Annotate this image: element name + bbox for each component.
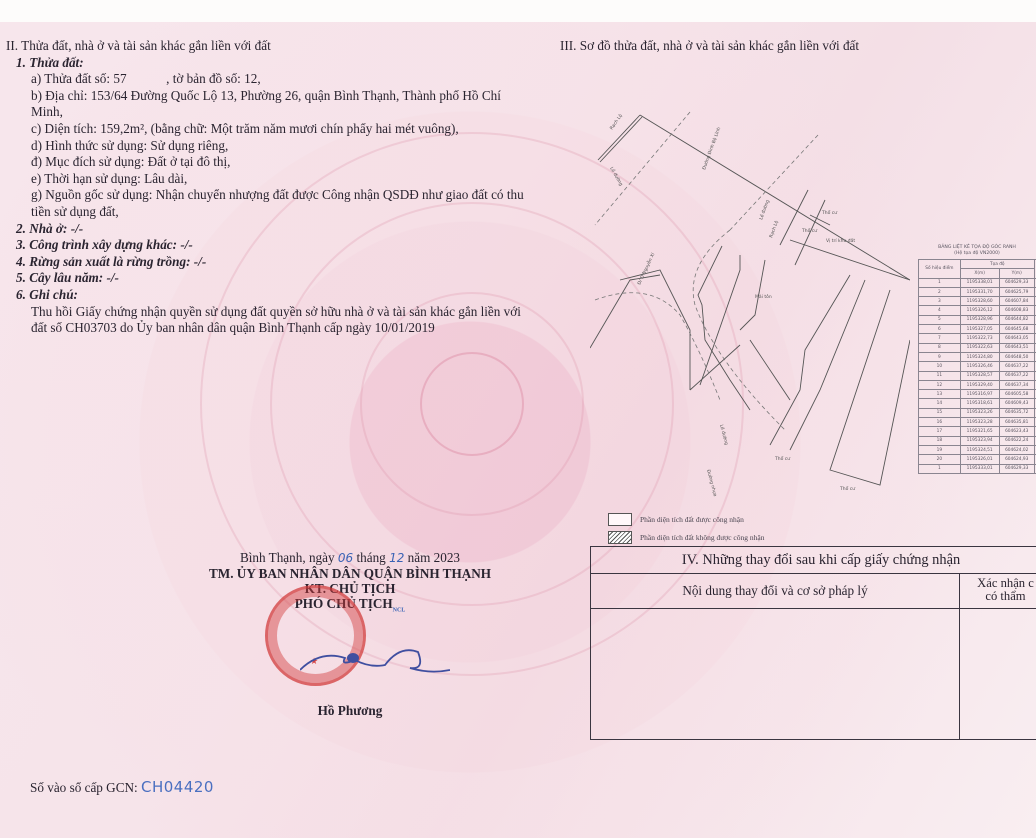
legend-recognized: Phần diện tích đất được công nhận [608,510,764,528]
coord-table-row: 11195333,01604629,338. [919,464,1036,473]
map-label: Đ/ Đ Nguyễn Xí [635,251,656,286]
land-address: b) Địa chỉ: 153/64 Đường Quốc Lộ 13, Phư… [6,88,566,105]
house-item: 2. Nhà ở: -/- [6,221,566,238]
legend-not-recognized: Phần diện tích đất không được công nhận [608,528,764,546]
signer-name: Hồ Phương [300,703,400,719]
coord-table-row: 81195322,63604643,513. [919,343,1036,352]
coord-table-row: 161195323,28604635,813. [919,418,1036,427]
map-label: Lề đường [718,423,731,445]
changes-col-content: Nội dung thay đổi và cơ sở pháp lý [591,574,960,608]
section-2-title: II. Thửa đất, nhà ở và tài sản khác gắn … [6,38,566,55]
coord-table-row: 41195326,12604608,833. [919,306,1036,315]
land-use-form: d) Hình thức sử dụng: Sử dụng riêng, [6,138,566,155]
watermark-emblem-ring [420,352,524,456]
map-label: Rạch Lộ [608,112,624,131]
land-origin-cont: tiền sử dụng đất, [6,204,566,221]
issue-date: Bình Thạnh, ngày 06 tháng 12 năm 2023 [200,550,500,566]
coord-table-row: 101195326,46604637,223. [919,362,1036,371]
changes-col-confirmation: Xác nhận c có thẩm [960,574,1036,608]
coord-table-row: 201195326,01604624,934. [919,455,1036,464]
land-heading: 1. Thửa đất: [6,55,566,72]
handwritten-signature [300,640,450,680]
land-address-cont: Minh, [6,104,566,121]
forest-item: 4. Rừng sản xuất là rừng trồng: -/- [6,254,566,271]
land-origin: g) Nguồn gốc sử dụng: Nhận chuyển nhượng… [6,187,566,204]
scan-top-margin [0,0,1036,22]
perennial-item: 5. Cây lâu năm: -/- [6,270,566,287]
registry-number-value: CH04420 [141,778,214,796]
changes-table: IV. Những thay đổi sau khi cấp giấy chứn… [590,546,1036,740]
signer-role-1: KT. CHỦ TỊCH [200,581,500,596]
coord-table-row: 151195323,26604635,723. [919,408,1036,417]
coord-col-y: Y(m) [999,269,1034,278]
coord-table-row: 121195329,40604637,343. [919,380,1036,389]
coord-table-row: 191195324,51604624,021. [919,445,1036,454]
parcel-map-diagram: Rạch Lộ Lề đường Đường Đinh Bộ Lĩnh Lề đ… [590,90,910,510]
map-label: Mái tôn [755,293,772,300]
map-label: Thổ cư [801,227,818,234]
map-label: Lề đường [756,198,771,220]
notes-heading: 6. Ghi chú: [6,287,566,304]
legend-box-recognized [608,513,632,526]
coord-table-row: 21195331,70604625,798. [919,287,1036,296]
map-label: Thổ cư [774,455,791,462]
coord-table-row: 11195338,01604629,331. [919,278,1036,287]
coord-table-row: 31195328,60604607,842. [919,297,1036,306]
notes-line-2: đất số CH03703 do Ủy ban nhân dân quận B… [6,320,566,337]
map-label: Vị trí khu đất [826,237,855,244]
coord-table-row: 181195323,94604622,241. [919,436,1036,445]
map-label: Rạch Lộ [767,219,780,238]
coord-table-row: 111195328,57604637,222. [919,371,1036,380]
coord-table-row: 91195324,80604648,503. [919,352,1036,361]
issuing-organization: TM. ỦY BAN NHÂN DÂN QUẬN BÌNH THẠNH [200,566,500,581]
coord-table-caption: BẢNG LIỆT KÊ TỌA ĐỘ GÓC RANH (Hệ tọa độ … [918,245,1036,257]
land-use-term: e) Thời hạn sử dụng: Lâu dài, [6,171,566,188]
coord-table-row: 171195321,65604623,431. [919,427,1036,436]
other-construction-item: 3. Công trình xây dựng khác: -/- [6,237,566,254]
section-3-title: III. Sơ đồ thửa đất, nhà ở và tài sản kh… [560,38,859,54]
coord-col-point: Số hiệu điểm [919,260,961,279]
map-legend: Phần diện tích đất được công nhận Phần d… [608,510,764,546]
coord-table-row: 141195318,61604609,432. [919,399,1036,408]
map-label: Đường Đinh Bộ Lĩnh [700,126,722,171]
section-4-title: IV. Những thay đổi sau khi cấp giấy chứn… [591,547,1036,574]
coord-col-x: X(m) [960,269,999,278]
changes-content-cell [591,609,960,739]
notes-line-1: Thu hồi Giấy chứng nhận quyền sử dụng đấ… [6,304,566,321]
map-label: Thổ cư [821,209,838,216]
handwritten-day: 06 [338,551,353,565]
coord-table-row: 61195327,05604645,682. [919,325,1036,334]
initials: NCL [393,608,406,614]
handwritten-month: 12 [389,551,404,565]
coord-table-row: 71195322,73604643,053. [919,334,1036,343]
land-parcel-number: a) Thửa đất số: 57 , tờ bản đồ số: 12, [6,71,566,88]
land-area: c) Diện tích: 159,2m², (bằng chữ: Một tr… [6,121,566,138]
coord-table-row: 131195316,97604605,5811. [919,390,1036,399]
registry-number: Số vào sổ cấp GCN: CH04420 [30,778,214,796]
land-use-purpose: đ) Mục đích sử dụng: Đất ở tại đô thị, [6,154,566,171]
map-label: Lề đường [608,165,625,187]
map-label: Thổ cư [839,485,856,492]
coordinate-table: BẢNG LIỆT KÊ TỌA ĐỘ GÓC RANH (Hệ tọa độ … [918,245,1036,474]
map-label: Đường nhựa [705,469,719,498]
section-land-info: II. Thửa đất, nhà ở và tài sản khác gắn … [6,38,566,337]
legend-box-hatched [608,531,632,544]
coord-table-row: 51195328,96604644,822. [919,315,1036,324]
coord-col-coord: Tọa độ [960,260,1034,269]
